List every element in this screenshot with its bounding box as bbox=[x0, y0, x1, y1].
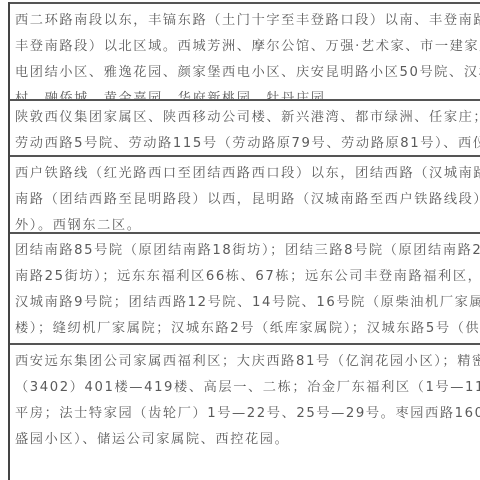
cell-text-line: 劳动西路5号院、劳动路115号（劳动路原79号、劳动路原81号）、西仪坊6号、西… bbox=[15, 131, 480, 155]
cell-text-line: 外）。西钢东二区。 bbox=[15, 213, 480, 232]
cell-text-line: 陕敦西仪集团家属区、陕西移动公司楼、新兴港湾、都市绿洲、任家庄；西斜路与桃 bbox=[15, 105, 480, 131]
cell-text-line: 西二环路南段以东，丰镐东路（土门十字至丰登路口段）以南、丰登南路以西、二环 bbox=[15, 8, 480, 34]
cell-text-line: 盛园小区）、储运公司家属院、西控花园。 bbox=[15, 427, 480, 453]
cell-text-line: 平房；法士特家园（齿轮厂）1号—22号、25号—29号。枣园西路160号（爱菊佳… bbox=[15, 401, 480, 427]
cell-text-line: 村。融侨城、黄金嘉园、华府新桃园、牡丹庄园。 bbox=[15, 86, 480, 99]
cell-text-line: 西户铁路线（红光路西口至团结西路西口段）以东，团结西路（汉城南路十字至西户 bbox=[15, 161, 480, 187]
table-row: 西安远东集团公司家属西福利区；大庆西路81号（亿润花园小区）；精密厂东西福利 （… bbox=[10, 343, 480, 480]
cell-text-line: 南路（团结西路至昆明路段）以西，昆明路（汉城南路至西户铁路线段）以北区域（ bbox=[15, 187, 480, 213]
cell-text-line: 团结南路85号院（原团结南路18街坊）；团结三路8号院（原团结南路24街坊）；团 bbox=[15, 238, 480, 264]
address-table: 西二环路南段以东，丰镐东路（土门十字至丰登路口段）以南、丰登南路以西、二环 丰登… bbox=[8, 2, 480, 480]
table-row: 团结南路85号院（原团结南路18街坊）；团结三路8号院（原团结南路24街坊）；团… bbox=[10, 232, 480, 343]
cell-text-line: 电团结小区、雅逸花园、颜家堡西电小区、庆安昆明路小区50号院、汉城路甲字103 bbox=[15, 60, 480, 86]
cell-text-line: 丰登南路段）以北区域。西城芳洲、摩尔公馆、万强·艺术家、市一建家属院、石家 bbox=[15, 34, 480, 60]
cell-text-line: 楼）；缝纫机厂家属院；汉城东路2号（纸库家属院）；汉城东路5号（供电局家属院 bbox=[15, 316, 480, 342]
table-row: 西户铁路线（红光路西口至团结西路西口段）以东，团结西路（汉城南路十字至西户 南路… bbox=[10, 155, 480, 232]
table-row: 陕敦西仪集团家属区、陕西移动公司楼、新兴港湾、都市绿洲、任家庄；西斜路与桃 劳动… bbox=[10, 99, 480, 155]
cell-text-line: 汉城南路9号院；团结西路12号院、14号院、16号院（原柴油机厂家属院）；团结西 bbox=[15, 290, 480, 316]
cell-text-line: （3402）401楼—419楼、高层一、二栋；冶金厂东福利区（1号—11号）、西… bbox=[15, 375, 480, 401]
cell-text-line: 西安远东集团公司家属西福利区；大庆西路81号（亿润花园小区）；精密厂东西福利 bbox=[15, 349, 480, 375]
cell-text-line: 南路25街坊）；远东东福利区66栋、67栋；远东公司丰登南路福利区，丰镐西路19… bbox=[15, 264, 480, 290]
table-row: 西二环路南段以东，丰镐东路（土门十字至丰登路口段）以南、丰登南路以西、二环 丰登… bbox=[10, 2, 480, 99]
